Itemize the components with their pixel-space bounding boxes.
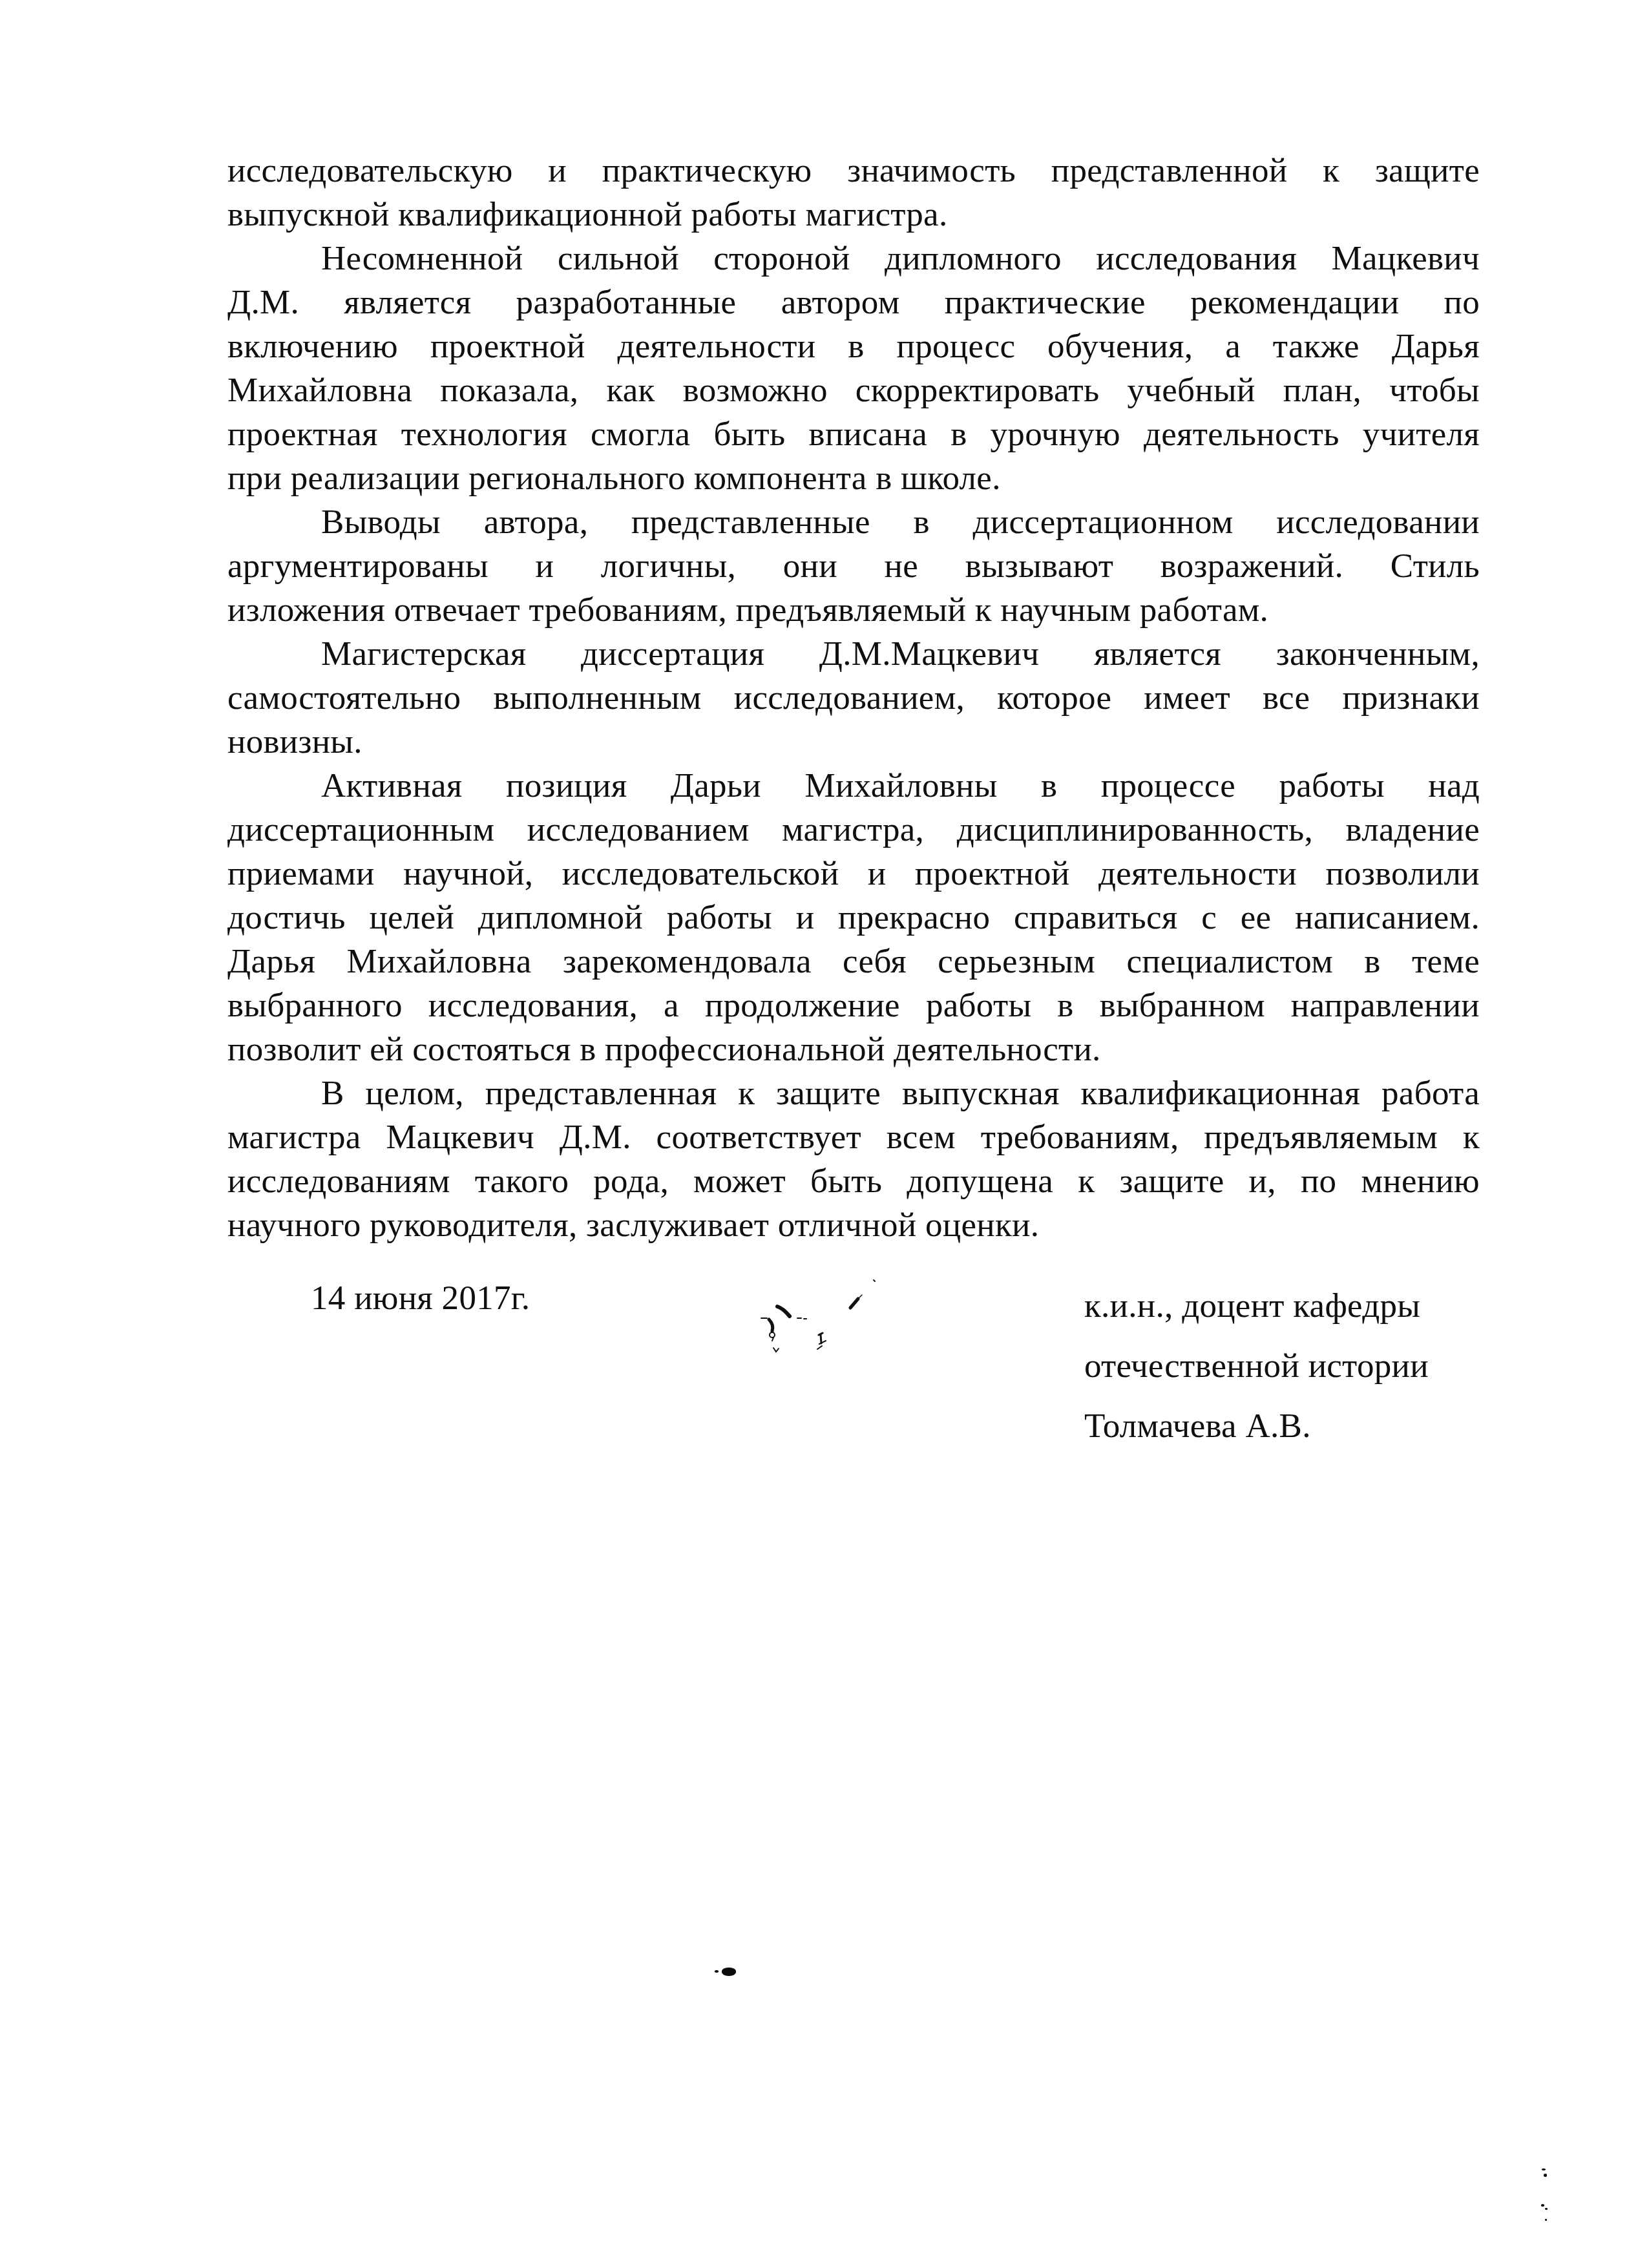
text-line: самостоятельно выполненным исследованием… [227,676,1480,720]
text-line: В целом, представленная к защите выпускн… [227,1071,1480,1115]
text-line: проектная технология смогла быть вписана… [227,412,1480,456]
body-text: исследовательскую и практическую значимо… [227,149,1480,1247]
text-line: аргументированы и логичны, они не вызыва… [227,544,1480,588]
scan-speck [1542,2168,1546,2170]
text-line: позволит ей состояться в профессионально… [227,1027,1480,1071]
text-line: Дарья Михайловна зарекомендовала себя се… [227,940,1480,983]
text-line: приемами научной, исследовательской и пр… [227,852,1480,896]
text-line: Несомненной сильной стороной дипломного … [227,236,1480,280]
scan-speck [715,1970,719,1973]
text-line: исследовательскую и практическую значимо… [227,149,1480,193]
text-line: научного руководителя, заслуживает отлич… [227,1203,1480,1247]
scan-speck [1541,2204,1544,2207]
text-line: магистра Мацкевич Д.М. соответствует все… [227,1115,1480,1159]
text-line: новизны. [227,720,1480,764]
text-line: Выводы автора, представленные в диссерта… [227,500,1480,544]
scan-speck [1545,2219,1547,2221]
text-line: изложения отвечает требованиям, предъявл… [227,588,1480,632]
text-line: выпускной квалификационной работы магист… [227,193,1480,236]
text-line: включению проектной деятельности в проце… [227,324,1480,368]
signer-title-line: отечественной истории [1084,1336,1498,1396]
text-line: Михайловна показала, как возможно скорре… [227,368,1480,412]
text-line: Магистерская диссертация Д.М.Мацкевич яв… [227,632,1480,676]
scan-speck [722,1968,736,1976]
signature-scribble [750,1276,892,1360]
text-line: исследованиям такого рода, может быть до… [227,1159,1480,1203]
text-line: достичь целей дипломной работы и прекрас… [227,896,1480,940]
signer-title-line: к.и.н., доцент кафедры [1084,1276,1498,1336]
text-line: выбранного исследования, а продолжение р… [227,983,1480,1027]
document-page: исследовательскую и практическую значимо… [0,0,1649,2268]
signer-block: к.и.н., доцент кафедры отечественной ист… [1084,1276,1498,1456]
signer-name: Толмачева А.В. [1084,1396,1498,1456]
text-line: Д.М. является разработанные автором прак… [227,280,1480,324]
text-line: диссертационным исследованием магистра, … [227,808,1480,852]
text-line: при реализации регионального компонента … [227,456,1480,500]
date-text: 14 июня 2017г. [311,1276,530,1320]
scan-speck [1544,2174,1547,2177]
scan-speck [1545,2208,1548,2210]
text-line: Активная позиция Дарьи Михайловны в проц… [227,764,1480,808]
